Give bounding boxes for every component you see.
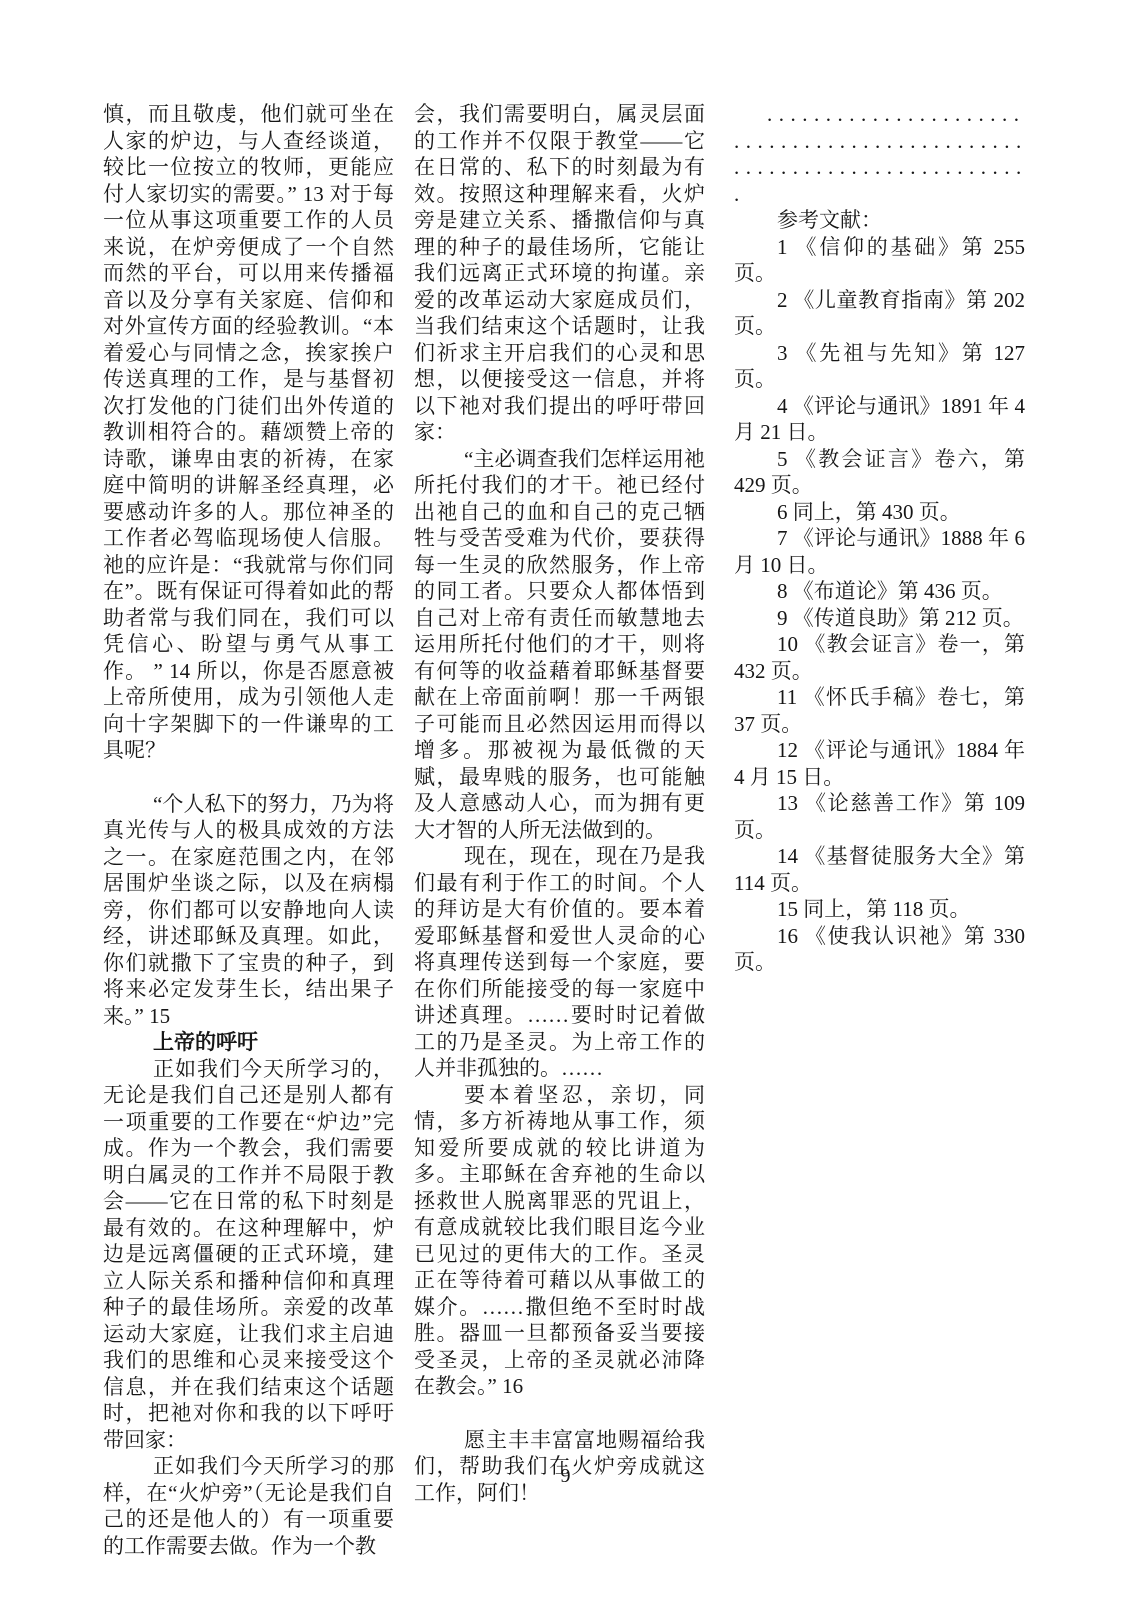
reference-item: 10 《教会证言》卷一，第 432 页。	[734, 631, 1025, 684]
references-heading: 参考文献：	[734, 207, 1025, 234]
reference-item: 8 《布道论》第 436 页。	[734, 578, 1025, 605]
section-heading: 上帝的呼吁	[103, 1029, 394, 1056]
reference-item: 7 《评论与通讯》1888 年 6 月 10 日。	[734, 525, 1025, 578]
blank-line	[103, 764, 394, 791]
reference-item: 13 《论慈善工作》第 109 页。	[734, 790, 1025, 843]
dotted-leader: ...........................	[734, 154, 1025, 181]
reference-item: 16 《使我认识祂》第 330 页。	[734, 923, 1025, 976]
quote-paragraph: “主必调查我们怎样运用祂所托付我们的才干。祂已经付出祂自己的血和自己的克己牺牲与…	[414, 446, 705, 844]
reference-item: 5 《教会证言》卷六，第 429 页。	[734, 446, 1025, 499]
reference-item: 12 《评论与通讯》1884 年 4 月 15 日。	[734, 737, 1025, 790]
reference-item: 15 同上，第 118 页。	[734, 896, 1025, 923]
page-number: 9	[0, 1463, 1131, 1490]
quote-paragraph: 现在，现在，现在乃是我们最有利于作工的时间。个人的拜访是大有价值的。要本着爱耶稣…	[414, 843, 705, 1082]
reference-item: 1 《信仰的基础》第 255 页。	[734, 234, 1025, 287]
reference-item: 9 《传道良助》第 212 页。	[734, 605, 1025, 632]
reference-item: 6 同上，第 430 页。	[734, 499, 1025, 526]
quote-paragraph: 要本着坚忍，亲切，同情，多方祈祷地从事工作，须知爱所要成就的较比讲道为多。主耶稣…	[414, 1082, 705, 1400]
text-column-right: ....................... ................…	[734, 101, 1025, 976]
dotted-leader: .	[734, 181, 1025, 208]
text-column-middle: 会，我们需要明白，属灵层面的工作并不仅限于教堂——它在日常的、私下的时刻最为有效…	[414, 101, 705, 1506]
document-page: 慎，而且敬虔，他们就可坐在人家的炉边，与人查经谈道，较比一位按立的牧师，更能应付…	[0, 0, 1131, 1600]
reference-item: 3 《先祖与先知》第 127 页。	[734, 340, 1025, 393]
text-column-left: 慎，而且敬虔，他们就可坐在人家的炉边，与人查经谈道，较比一位按立的牧师，更能应付…	[103, 101, 394, 1559]
paragraph-continuation: 慎，而且敬虔，他们就可坐在人家的炉边，与人查经谈道，较比一位按立的牧师，更能应付…	[103, 101, 394, 764]
dotted-leader: ...........................	[734, 128, 1025, 155]
paragraph: 正如我们今天所学习的，无论是我们自己还是别人都有一项重要的工作要在“炉边”完成。…	[103, 1056, 394, 1454]
reference-item: 4 《评论与通讯》1891 年 4 月 21 日。	[734, 393, 1025, 446]
reference-item: 11 《怀氏手稿》卷七，第 37 页。	[734, 684, 1025, 737]
dotted-leader: .......................	[734, 101, 1025, 128]
quote-paragraph: “个人私下的努力，乃为将真光传与人的极具成效的方法之一。在家庭范围之内，在邻居围…	[103, 791, 394, 1030]
paragraph-continuation: 会，我们需要明白，属灵层面的工作并不仅限于教堂——它在日常的、私下的时刻最为有效…	[414, 101, 705, 446]
blank-line	[414, 1400, 705, 1427]
reference-item: 14 《基督徒服务大全》第 114 页。	[734, 843, 1025, 896]
reference-item: 2 《儿童教育指南》第 202 页。	[734, 287, 1025, 340]
